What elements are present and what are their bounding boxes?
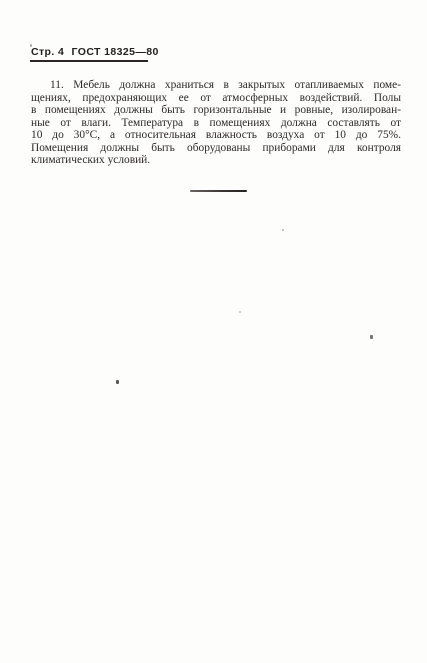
header-underline xyxy=(30,60,148,62)
paragraph-line: климатических условий. xyxy=(31,154,401,167)
paragraph-line: в помещениях должны быть горизонтальные … xyxy=(31,104,401,117)
paragraph-line: ные от влаги. Температура в помещениях д… xyxy=(31,117,401,130)
scan-speck xyxy=(30,44,32,47)
paragraph-line: 10 до 30°С, а относительная влажность во… xyxy=(31,129,401,142)
clause-11-paragraph: 11. Мебель должна храниться в закрытых о… xyxy=(31,79,401,167)
scan-speck xyxy=(282,229,284,231)
scan-speck xyxy=(116,380,119,384)
scan-speck xyxy=(239,311,241,313)
document-page: Стр. 4 ГОСТ 18325—80 11. Мебель должна х… xyxy=(0,0,427,663)
page-number-label: Стр. 4 xyxy=(31,46,64,58)
page-header: Стр. 4 ГОСТ 18325—80 xyxy=(31,46,159,58)
paragraph-line: щениях, предохраняющих ее от атмосферных… xyxy=(31,92,401,105)
section-divider-rule xyxy=(190,190,247,192)
standard-number: ГОСТ 18325—80 xyxy=(72,46,159,58)
paragraph-line: Помещения должны быть оборудованы прибор… xyxy=(31,142,401,155)
scan-speck xyxy=(370,335,373,339)
paragraph-line: 11. Мебель должна храниться в закрытых о… xyxy=(31,79,401,92)
